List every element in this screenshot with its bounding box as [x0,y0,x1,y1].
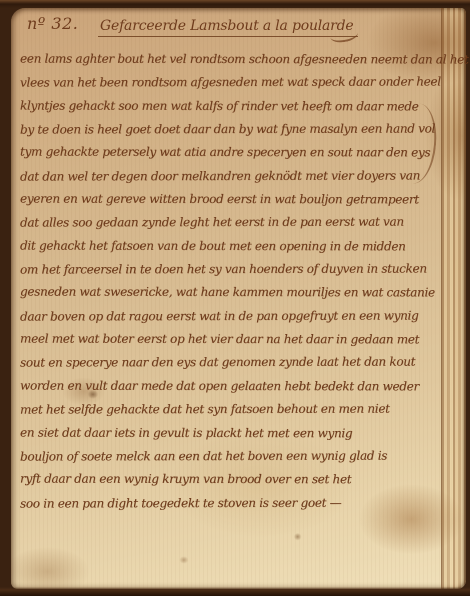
manuscript-line: meel met wat boter eerst op het vier daa… [20,328,454,352]
manuscript-line: bouljon of soete melck aan een dat het b… [20,444,454,468]
manuscript-line: om het farceersel in te doen het sy van … [20,258,454,282]
manuscript-line: sout en specerye naar den eys dat genome… [20,351,454,375]
manuscript-line: ryft daar dan een wynig kruym van brood … [20,468,454,492]
manuscript-line: dit gehackt het fatsoen van de bout met … [20,234,454,258]
manuscript-line: worden en vult daar mede dat open gelaat… [20,374,454,398]
manuscript-line: daar boven op dat ragou eerst wat in de … [20,304,454,328]
manuscript-line: by te doen is heel goet doet daar dan by… [20,117,454,141]
manuscript-line: soo in een pan dight toegedekt te stoven… [20,491,454,515]
manuscript-line: en siet dat daar iets in gevult is plack… [20,421,454,445]
manuscript-line: klyntjes gehackt soo men wat kalfs of ri… [20,94,454,118]
manuscript-line: tym gehackte petersely wat atia andre sp… [20,141,454,165]
book-binding: nº 32. Gefarceerde Lamsbout a la poulard… [0,0,470,596]
manuscript-line: vlees van het been rondtsom afgesneden m… [20,71,454,95]
manuscript-line: eyeren en wat gereve witten brood eerst … [20,188,454,212]
handwritten-content: nº 32. Gefarceerde Lamsbout a la poulard… [20,12,438,589]
manuscript-line: een lams aghter bout het vel rondtsom sc… [20,48,454,72]
manuscript-page: nº 32. Gefarceerde Lamsbout a la poulard… [11,8,466,589]
manuscript-line: gesneden wat swesericke, wat hane kammen… [20,281,454,305]
manuscript-line: dat alles soo gedaan zynde leght het eer… [20,211,454,235]
page-header: nº 32. Gefarceerde Lamsbout a la poulard… [20,12,438,44]
manuscript-line: met het selfde gehackte dat het syn fats… [20,398,454,422]
manuscript-line: dat dan wel ter degen door melkandren ge… [20,164,454,188]
recipe-number: nº 32. [27,14,78,33]
recipe-title: Gefarceerde Lamsbout a la poularde [98,18,358,37]
recipe-body: een lams aghter bout het vel rondtsom sc… [20,48,454,515]
